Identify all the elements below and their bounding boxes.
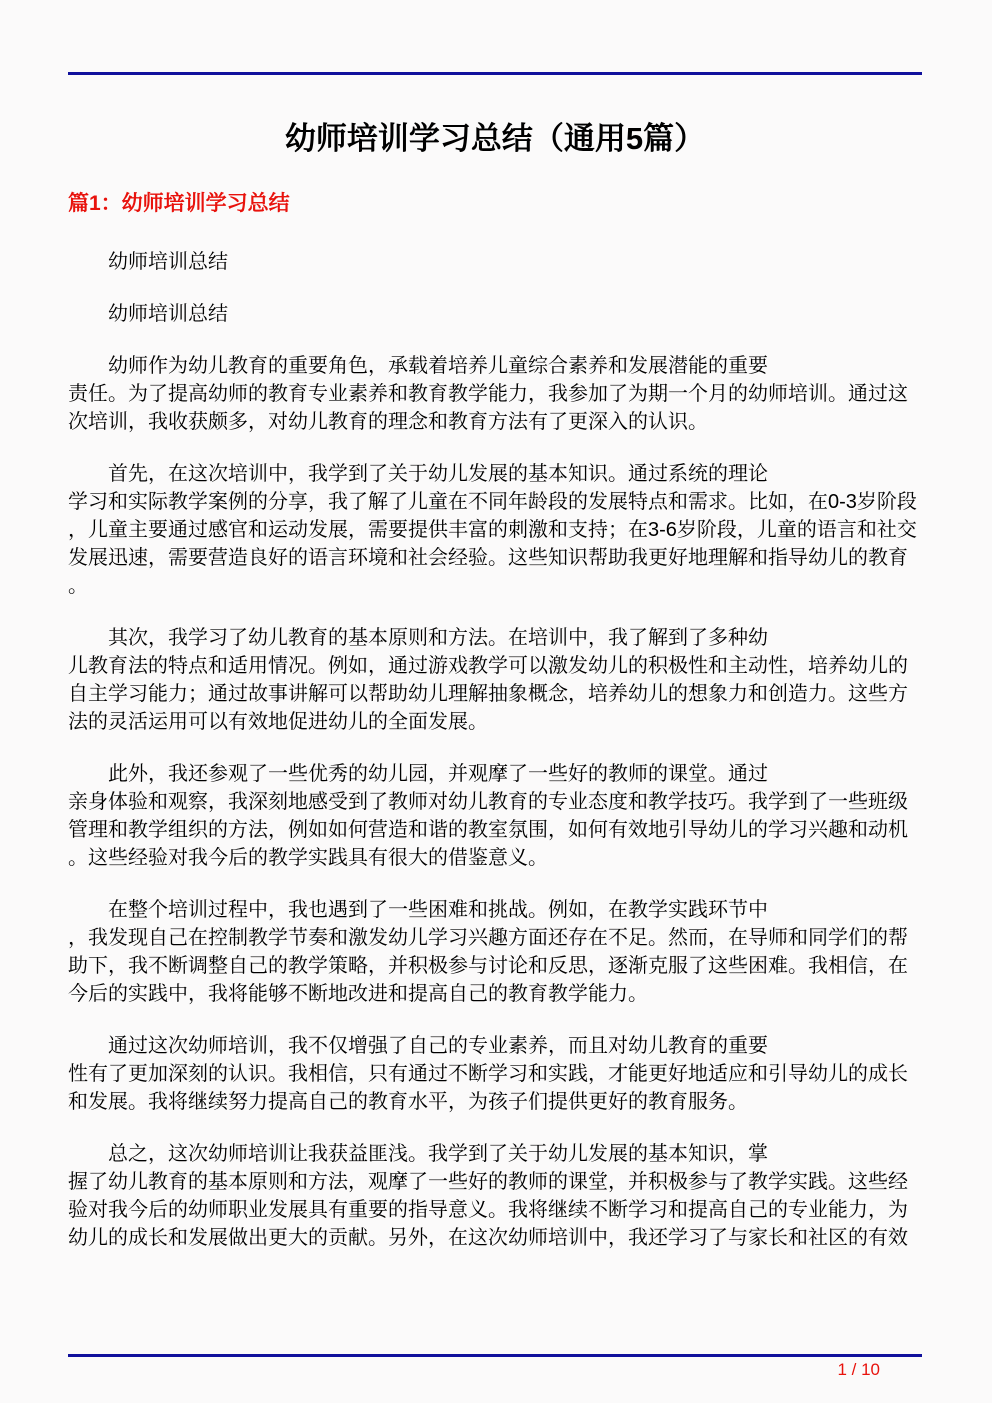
paragraph: 总之，这次幼师培训让我获益匪浅。我学到了关于幼儿发展的基本知识，掌 握了幼儿教育… xyxy=(68,1140,922,1252)
paragraph-line: 和发展。我将继续努力提高自己的教育水平，为孩子们提供更好的教育服务。 xyxy=(68,1088,922,1116)
paragraph-line: 。这些经验对我今后的教学实践具有很大的借鉴意义。 xyxy=(68,844,922,872)
paragraph-line: 管理和教学组织的方法，例如如何营造和谐的教室氛围，如何有效地引导幼儿的学习兴趣和… xyxy=(68,816,922,844)
paragraph-line: 通过这次幼师培训，我不仅增强了自己的专业素养，而且对幼儿教育的重要 xyxy=(68,1032,922,1060)
paragraph-line: 儿教育法的特点和适用情况。例如，通过游戏教学可以激发幼儿的积极性和主动性，培养幼… xyxy=(68,652,922,680)
paragraph-line: 。 xyxy=(68,572,922,600)
paragraph-line: 法的灵活运用可以有效地促进幼儿的全面发展。 xyxy=(68,708,922,736)
paragraph-line: 学习和实际教学案例的分享，我了解了儿童在不同年龄段的发展特点和需求。比如，在0-… xyxy=(68,488,922,516)
paragraph-line: 性有了更加深刻的认识。我相信，只有通过不断学习和实践，才能更好地适应和引导幼儿的… xyxy=(68,1060,922,1088)
header-rule xyxy=(68,72,922,75)
paragraph-line: 幼儿的成长和发展做出更大的贡献。另外，在这次幼师培训中，我还学习了与家长和社区的… xyxy=(68,1224,922,1252)
paragraph-line: 发展迅速，需要营造良好的语言环境和社会经验。这些知识帮助我更好地理解和指导幼儿的… xyxy=(68,544,922,572)
paragraph-line: 首先，在这次培训中，我学到了关于幼儿发展的基本知识。通过系统的理论 xyxy=(68,460,922,488)
paragraph-line: ，我发现自己在控制教学节奏和激发幼儿学习兴趣方面还存在不足。然而，在导师和同学们… xyxy=(68,924,922,952)
paragraph: 幼师培训总结 xyxy=(68,300,922,328)
paragraph-line: 亲身体验和观察，我深刻地感受到了教师对幼儿教育的专业态度和教学技巧。我学到了一些… xyxy=(68,788,922,816)
paragraph: 幼师培训总结 xyxy=(68,248,922,276)
paragraph-line: 幼师培训总结 xyxy=(68,300,922,328)
paragraph-line: 此外，我还参观了一些优秀的幼儿园，并观摩了一些好的教师的课堂。通过 xyxy=(68,760,922,788)
paragraph-line: 自主学习能力；通过故事讲解可以帮助幼儿理解抽象概念，培养幼儿的想象力和创造力。这… xyxy=(68,680,922,708)
paragraph: 此外，我还参观了一些优秀的幼儿园，并观摩了一些好的教师的课堂。通过 亲身体验和观… xyxy=(68,760,922,872)
paragraph-line: 总之，这次幼师培训让我获益匪浅。我学到了关于幼儿发展的基本知识，掌 xyxy=(68,1140,922,1168)
paragraph: 在整个培训过程中，我也遇到了一些困难和挑战。例如，在教学实践环节中 ，我发现自己… xyxy=(68,896,922,1008)
paragraph-line: 责任。为了提高幼师的教育专业素养和教育教学能力，我参加了为期一个月的幼师培训。通… xyxy=(68,380,922,408)
paragraph-line: 在整个培训过程中，我也遇到了一些困难和挑战。例如，在教学实践环节中 xyxy=(68,896,922,924)
document-title: 幼师培训学习总结（通用5篇） xyxy=(68,120,922,158)
page-footer: 1 / 10 xyxy=(68,1354,922,1380)
document-body: 幼师培训总结 幼师培训总结 幼师作为幼儿教育的重要角色，承载着培养儿童综合素养和… xyxy=(68,248,922,1252)
paragraph: 其次，我学习了幼儿教育的基本原则和方法。在培训中，我了解到了多种幼 儿教育法的特… xyxy=(68,624,922,736)
page-number: 1 / 10 xyxy=(68,1360,922,1380)
paragraph-line: 助下，我不断调整自己的教学策略，并积极参与讨论和反思，逐渐克服了这些困难。我相信… xyxy=(68,952,922,980)
section-heading: 篇1：幼师培训学习总结 xyxy=(68,191,922,217)
paragraph-line: 幼师培训总结 xyxy=(68,248,922,276)
paragraph-line: 验对我今后的幼师职业发展具有重要的指导意义。我将继续不断学习和提高自己的专业能力… xyxy=(68,1196,922,1224)
paragraph-line: 次培训，我收获颇多，对幼儿教育的理念和教育方法有了更深入的认识。 xyxy=(68,408,922,436)
document-page: 幼师培训学习总结（通用5篇） 篇1：幼师培训学习总结 幼师培训总结 幼师培训总结… xyxy=(0,0,992,1403)
paragraph: 幼师作为幼儿教育的重要角色，承载着培养儿童综合素养和发展潜能的重要 责任。为了提… xyxy=(68,352,922,436)
paragraph-line: 幼师作为幼儿教育的重要角色，承载着培养儿童综合素养和发展潜能的重要 xyxy=(68,352,922,380)
paragraph: 首先，在这次培训中，我学到了关于幼儿发展的基本知识。通过系统的理论 学习和实际教… xyxy=(68,460,922,600)
paragraph-line: 其次，我学习了幼儿教育的基本原则和方法。在培训中，我了解到了多种幼 xyxy=(68,624,922,652)
paragraph: 通过这次幼师培训，我不仅增强了自己的专业素养，而且对幼儿教育的重要 性有了更加深… xyxy=(68,1032,922,1116)
paragraph-line: 握了幼儿教育的基本原则和方法，观摩了一些好的教师的课堂，并积极参与了教学实践。这… xyxy=(68,1168,922,1196)
paragraph-line: 今后的实践中，我将能够不断地改进和提高自己的教育教学能力。 xyxy=(68,980,922,1008)
paragraph-line: ，儿童主要通过感官和运动发展，需要提供丰富的刺激和支持；在3-6岁阶段，儿童的语… xyxy=(68,516,922,544)
